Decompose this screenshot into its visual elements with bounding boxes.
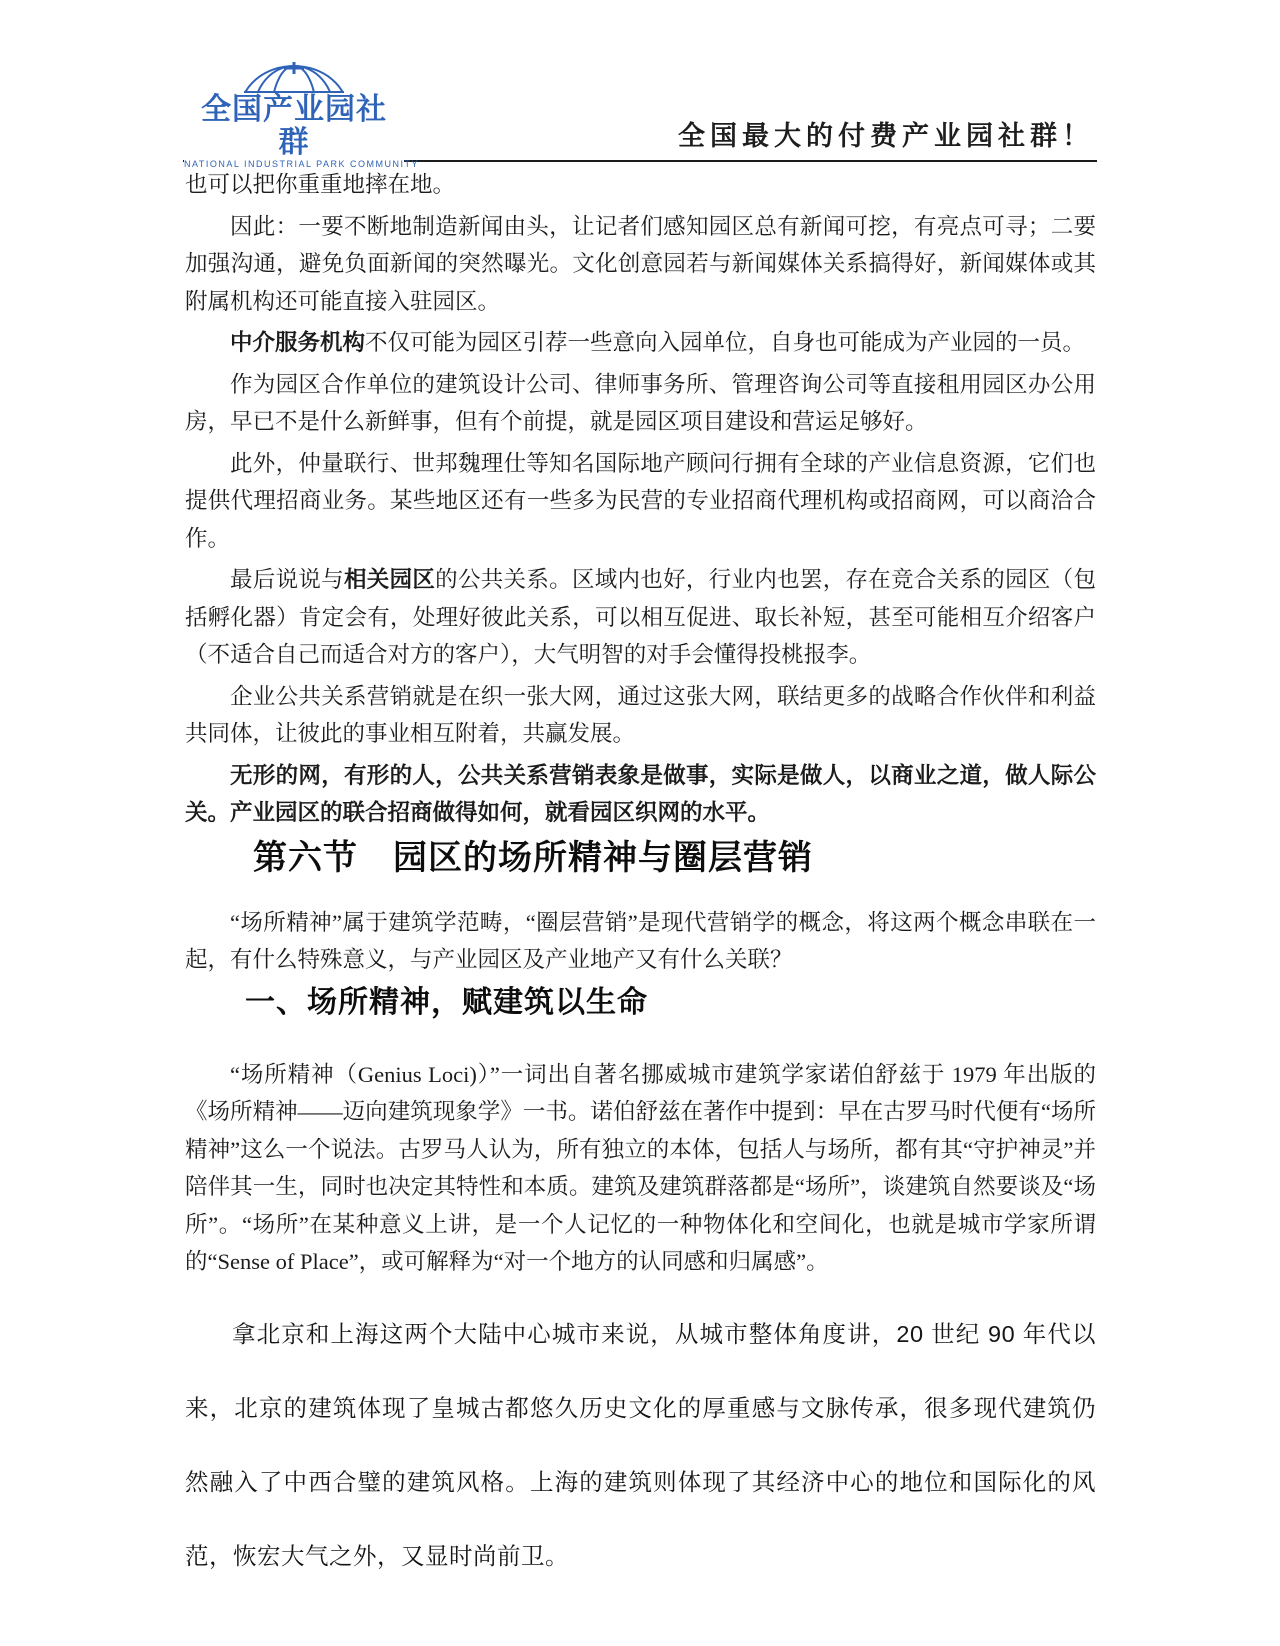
bold-lead: 中介服务机构 [230,330,365,355]
paragraph-text: 不仅可能为园区引荐一些意向入园单位，自身也可能成为产业园的一员。 [365,330,1085,355]
paragraph: 最后说说与相关园区的公共关系。区域内也好，行业内也罢，存在竞合关系的园区（包括孵… [185,561,1096,674]
paragraph: 因此：一要不断地制造新闻由头，让记者们感知园区总有新闻可挖，有亮点可寻；二要加强… [185,208,1096,321]
paragraph-bold: 无形的网，有形的人，公共关系营销表象是做事，实际是做人，以商业之道，做人际公关。… [185,757,1096,832]
logo-title: 全国产业园社群 [184,93,404,159]
header-slogan: 全国最大的付费产业园社群！ [678,114,1094,153]
sub-heading: 一、场所精神，赋建筑以生命 [185,983,1096,1022]
document-page: { "header": { "logo_title": "全国产业园社群", "… [0,0,1280,1646]
paragraph: “场所精神（Genius Loci)）”一词出自著名挪威城市建筑学家诺伯舒兹于 … [185,1056,1096,1281]
bold-paragraph-text: 无形的网，有形的人，公共关系营销表象是做事，实际是做人，以商业之道，做人际公关。… [185,763,1096,826]
paragraph-continuation: 也可以把你重重地摔在地。 [185,166,1096,204]
paragraph-text: 最后说说与 [230,567,344,592]
logo-subtitle: NATIONAL INDUSTRIAL PARK COMMUNITY [184,159,404,171]
document-body: 也可以把你重重地摔在地。 因此：一要不断地制造新闻由头，让记者们感知园区总有新闻… [185,166,1096,1593]
bold-inline: 相关园区 [344,567,435,592]
paragraph: 企业公共关系营销就是在织一张大网，通过这张大网，联结更多的战略合作伙伴和利益共同… [185,678,1096,753]
paragraph: 中介服务机构不仅可能为园区引荐一些意向入园单位，自身也可能成为产业园的一员。 [185,324,1096,362]
paragraph: 此外，仲量联行、世邦魏理仕等知名国际地产顾问行拥有全球的产业信息资源，它们也提供… [185,445,1096,558]
paragraph: “场所精神”属于建筑学范畴，“圈层营销”是现代营销学的概念，将这两个概念串联在一… [185,904,1096,979]
section-heading: 第六节 园区的场所精神与圈层营销 [185,836,1096,880]
logo: 全国产业园社群 NATIONAL INDUSTRIAL PARK COMMUNI… [184,68,404,164]
paragraph: 作为园区合作单位的建筑设计公司、律师事务所、管理咨询公司等直接租用园区办公用房，… [185,366,1096,441]
paragraph-bottom: 拿北京和上海这两个大陆中心城市来说，从城市整体角度讲，20 世纪 90 年代以来… [185,1297,1096,1593]
